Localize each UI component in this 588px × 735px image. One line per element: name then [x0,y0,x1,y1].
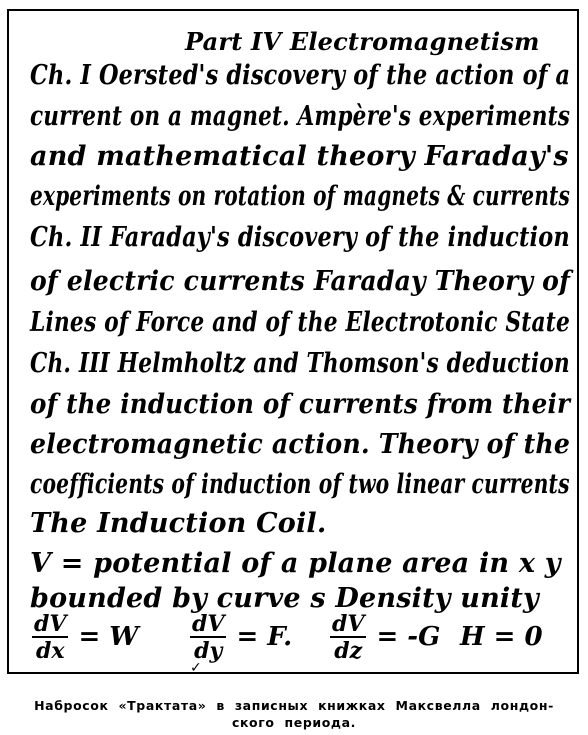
fraction-numerator: dV [190,613,226,638]
manuscript-line: Ch. III Helmholtz and Thomson's deductio… [30,350,570,377]
manuscript-line: and mathematical theory Faraday's [30,143,569,170]
fraction-denominator: dz [334,638,362,662]
manuscript-line: bounded by curve s Density unity [30,585,539,612]
manuscript-line: electromagnetic action. Theory of the [30,431,570,458]
fraction: dV dy [190,613,226,662]
fraction-numerator: dV [32,613,68,638]
equation-h: H = 0 [460,612,543,662]
equation-rhs: H = 0 [460,622,543,652]
fraction-numerator: dV [330,613,366,638]
manuscript-line: Ch. I Oersted's discovery of the action … [30,62,570,89]
manuscript-line: current on a magnet. Ampère's experiment… [30,103,570,130]
equation-dv-dy: dV dy = F. [190,612,292,662]
fraction: dV dx [32,613,68,662]
manuscript-title: Part IV Electromagnetism [185,30,540,54]
manuscript-line: V = potential of a plane area in x y [30,550,561,577]
caption-line-1: Набросок «Трактата» в записных книжках М… [0,697,588,714]
equation-rhs: = W [78,622,138,652]
manuscript-line: of the induction of currents from their [30,391,570,418]
equations-row: dV dx = W dV dy = F. dV dz = -G H = 0 [30,612,570,662]
equation-dv-dz: dV dz = -G [330,612,440,662]
manuscript-line: The Induction Coil. [30,510,327,537]
check-mark-icon: ✓ [190,660,202,676]
manuscript-line: experiments on rotation of magnets & cur… [30,183,570,210]
fraction-denominator: dx [36,638,65,662]
equation-dv-dx: dV dx = W [32,612,139,662]
equation-rhs: = -G [376,622,440,652]
manuscript-line: Ch. II Faraday's discovery of the induct… [30,224,570,251]
fraction-denominator: dy [194,638,222,662]
manuscript-line: of electric currents Faraday Theory of [30,268,570,295]
equation-rhs: = F. [236,622,292,652]
manuscript-line: Lines of Force and of the Electrotonic S… [30,309,570,336]
caption-line-2: ского периода. [0,714,588,731]
figure-caption: Набросок «Трактата» в записных книжках М… [0,697,588,731]
fraction: dV dz [330,613,366,662]
manuscript-line: coefficients of induction of two linear … [30,471,570,498]
